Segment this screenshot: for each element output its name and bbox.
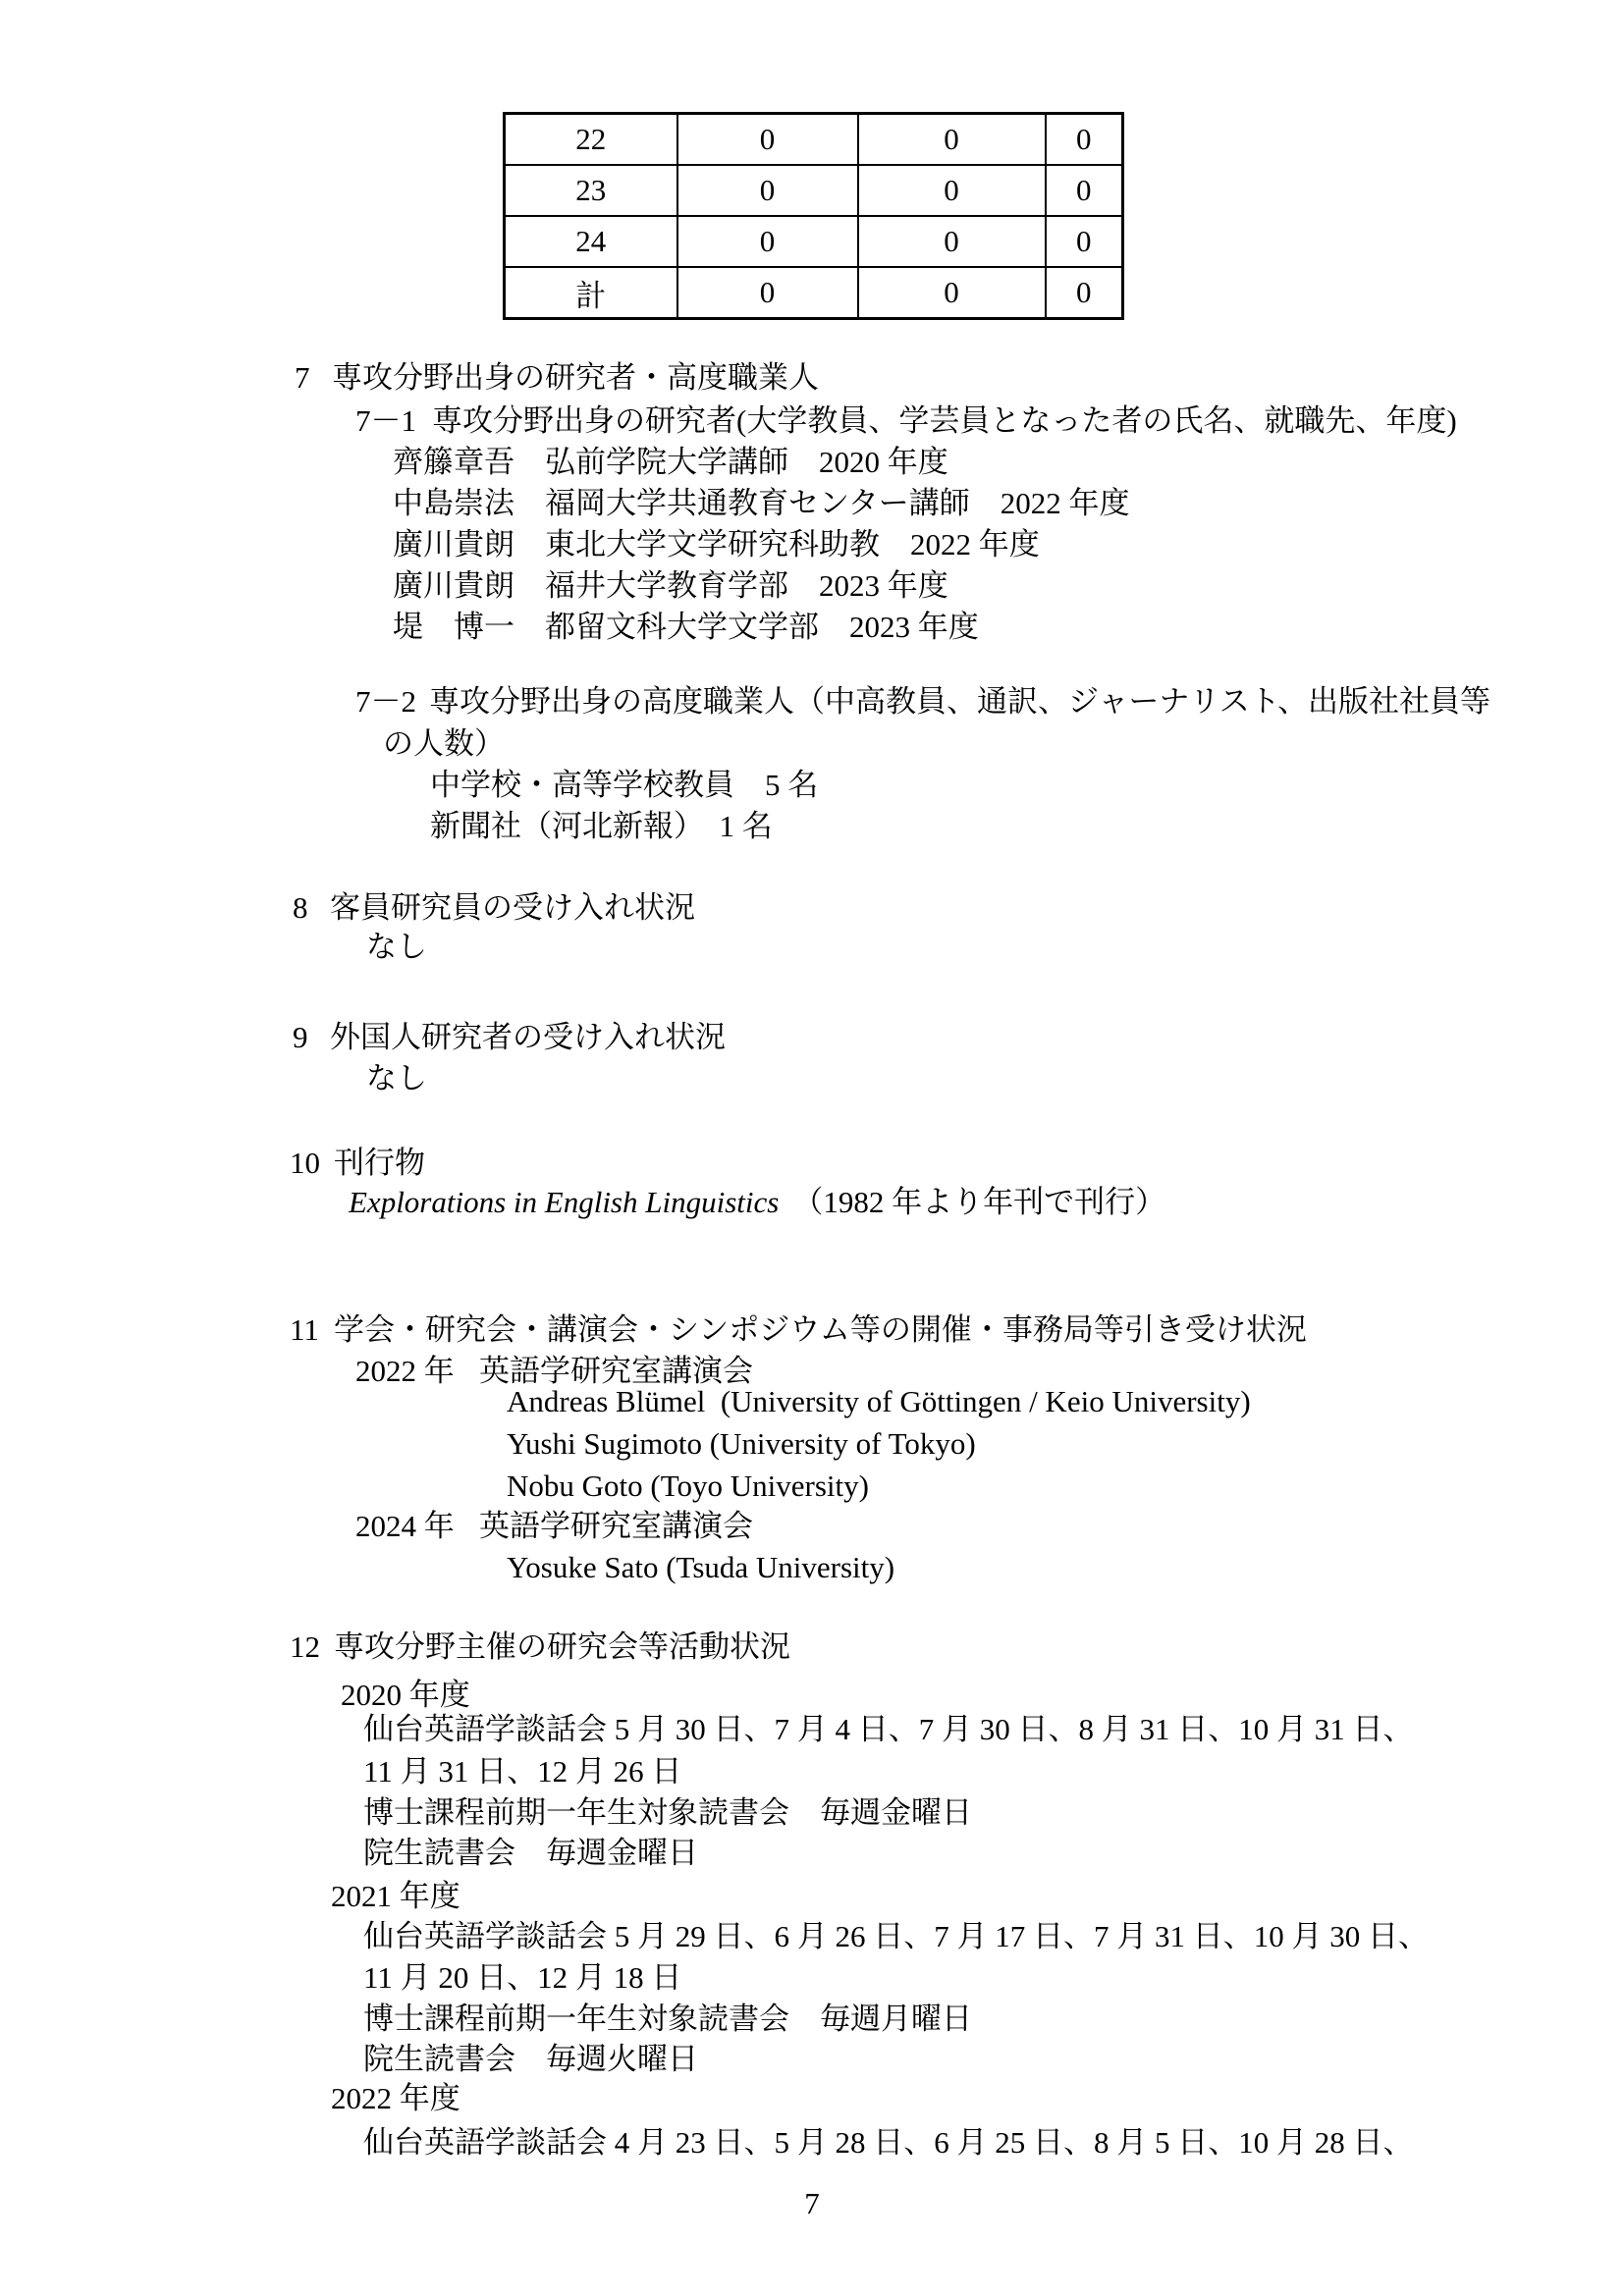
section-number: 10 bbox=[290, 1143, 334, 1184]
activity-line: 院生読書会 毎週金曜日 bbox=[363, 1833, 698, 1874]
section-title: 刊行物 bbox=[334, 1146, 425, 1180]
fiscal-year-label: 2022 年度 bbox=[331, 2078, 460, 2119]
table-cell: 0 bbox=[858, 165, 1046, 216]
section-7-1-heading: 7－1専攻分野出身の研究者(大学教員、学芸員となった者の氏名、就職先、年度) bbox=[355, 400, 1457, 442]
section-title: 学会・研究会・講演会・シンポジウム等の開催・事務局等引き受け状況 bbox=[334, 1312, 1307, 1347]
activity-line: 11 月 20 日、12 月 18 日 bbox=[363, 1957, 681, 1999]
activity-line: 仙台英語学談話会 5 月 30 日、7 月 4 日、7 月 30 日、8 月 3… bbox=[363, 1709, 1414, 1750]
section-title: 専攻分野出身の研究者・高度職業人 bbox=[332, 360, 819, 395]
researcher-entry: 堤 博一 都留文科大学文学部 2023 年度 bbox=[393, 607, 979, 648]
section-7-2-heading-cont: の人数） bbox=[383, 723, 505, 765]
section-number: 7－2 bbox=[355, 681, 429, 722]
speaker-entry: Nobu Goto (Toyo University) bbox=[507, 1466, 869, 1507]
journal-title: Explorations in English Linguistics bbox=[349, 1185, 779, 1219]
activity-line: 院生読書会 毎週火曜日 bbox=[363, 2039, 698, 2080]
table-cell-label: 計 bbox=[505, 267, 677, 319]
table-cell-label: 24 bbox=[505, 216, 677, 267]
section-number: 7 bbox=[295, 357, 332, 399]
section-7-2-heading: 7－2専攻分野出身の高度職業人（中高教員、通訳、ジャーナリスト、出版社社員等 bbox=[355, 681, 1490, 722]
section-8-heading: 8客員研究員の受け入れ状況 bbox=[293, 887, 695, 929]
table-cell: 0 bbox=[858, 216, 1046, 267]
table-cell: 0 bbox=[1046, 165, 1123, 216]
section-number: 8 bbox=[293, 887, 330, 929]
section-number: 12 bbox=[290, 1627, 334, 1668]
professional-entry: 中学校・高等学校教員 5 名 bbox=[430, 765, 818, 806]
document-page: 22 0 0 0 23 0 0 0 24 0 0 0 計 0 0 0 bbox=[0, 0, 1624, 2296]
table-row: 23 0 0 0 bbox=[505, 165, 1123, 216]
section-title: 外国人研究者の受け入れ状況 bbox=[330, 1020, 726, 1054]
section-8-body: なし bbox=[366, 927, 427, 968]
activity-line: 仙台英語学談話会 5 月 29 日、6 月 26 日、7 月 17 日、7 月 … bbox=[363, 1916, 1429, 1957]
activity-line: 博士課程前期一年生対象読書会 毎週月曜日 bbox=[363, 1999, 972, 2040]
speaker-entry: Andreas Blümel (University of Göttingen … bbox=[507, 1381, 1251, 1422]
activity-line: 博士課程前期一年生対象読書会 毎週金曜日 bbox=[363, 1792, 972, 1834]
section-12-heading: 12専攻分野主催の研究会等活動状況 bbox=[290, 1627, 790, 1668]
section-title: 客員研究員の受け入れ状況 bbox=[330, 890, 695, 925]
table-cell: 0 bbox=[677, 165, 858, 216]
table-cell: 0 bbox=[1046, 216, 1123, 267]
table-cell-label: 22 bbox=[505, 114, 677, 166]
section-7-heading: 7専攻分野出身の研究者・高度職業人 bbox=[295, 357, 819, 399]
table-row-total: 計 0 0 0 bbox=[505, 267, 1123, 319]
researcher-entry: 廣川貴朗 福井大学教育学部 2023 年度 bbox=[393, 565, 948, 607]
zero-count-table: 22 0 0 0 23 0 0 0 24 0 0 0 計 0 0 0 bbox=[503, 112, 1124, 320]
table-cell: 0 bbox=[1046, 267, 1123, 319]
activity-line: 11 月 31 日、12 月 26 日 bbox=[363, 1751, 681, 1792]
section-number: 9 bbox=[293, 1017, 330, 1058]
fiscal-year-label: 2021 年度 bbox=[331, 1876, 460, 1917]
event-year: 2022 年 bbox=[355, 1351, 479, 1392]
table-cell: 0 bbox=[677, 267, 858, 319]
researcher-entry: 齊籐章吾 弘前学院大学講師 2020 年度 bbox=[393, 442, 948, 483]
event-year: 2024 年 bbox=[355, 1506, 479, 1547]
table-cell: 0 bbox=[858, 114, 1046, 166]
journal-line: Explorations in English Linguistics（1982… bbox=[349, 1182, 1165, 1223]
section-number: 7－1 bbox=[355, 400, 432, 442]
professional-entry: 新聞社（河北新報） 1 名 bbox=[430, 806, 773, 847]
speaker-entry: Yushi Sugimoto (University of Tokyo) bbox=[507, 1423, 976, 1465]
table-row: 24 0 0 0 bbox=[505, 216, 1123, 267]
event-year-line: 2024 年英語学研究室講演会 bbox=[355, 1506, 753, 1547]
section-10-heading: 10刊行物 bbox=[290, 1143, 425, 1184]
researcher-entry: 中島崇法 福岡大学共通教育センター講師 2022 年度 bbox=[393, 483, 1130, 524]
researcher-entry: 廣川貴朗 東北大学文学研究科助教 2022 年度 bbox=[393, 524, 1040, 565]
activity-line: 仙台英語学談話会 4 月 23 日、5 月 28 日、6 月 25 日、8 月 … bbox=[363, 2122, 1414, 2163]
table-cell-label: 23 bbox=[505, 165, 677, 216]
table-cell: 0 bbox=[677, 216, 858, 267]
table-cell: 0 bbox=[677, 114, 858, 166]
section-title: 専攻分野出身の研究者(大学教員、学芸員となった者の氏名、就職先、年度) bbox=[432, 403, 1457, 438]
section-9-body: なし bbox=[366, 1058, 427, 1099]
page-number: 7 bbox=[0, 2183, 1624, 2224]
journal-note: （1982 年より年刊で刊行） bbox=[792, 1185, 1165, 1219]
section-title: 専攻分野出身の高度職業人（中高教員、通訳、ジャーナリスト、出版社社員等 bbox=[429, 684, 1490, 719]
event-name: 英語学研究室講演会 bbox=[479, 1509, 753, 1543]
section-title: 専攻分野主催の研究会等活動状況 bbox=[334, 1629, 790, 1664]
table-cell: 0 bbox=[858, 267, 1046, 319]
table-row: 22 0 0 0 bbox=[505, 114, 1123, 166]
section-11-heading: 11学会・研究会・講演会・シンポジウム等の開催・事務局等引き受け状況 bbox=[290, 1309, 1307, 1351]
section-9-heading: 9外国人研究者の受け入れ状況 bbox=[293, 1017, 726, 1058]
speaker-entry: Yosuke Sato (Tsuda University) bbox=[507, 1547, 894, 1588]
section-number: 11 bbox=[290, 1309, 334, 1351]
table-cell: 0 bbox=[1046, 114, 1123, 166]
